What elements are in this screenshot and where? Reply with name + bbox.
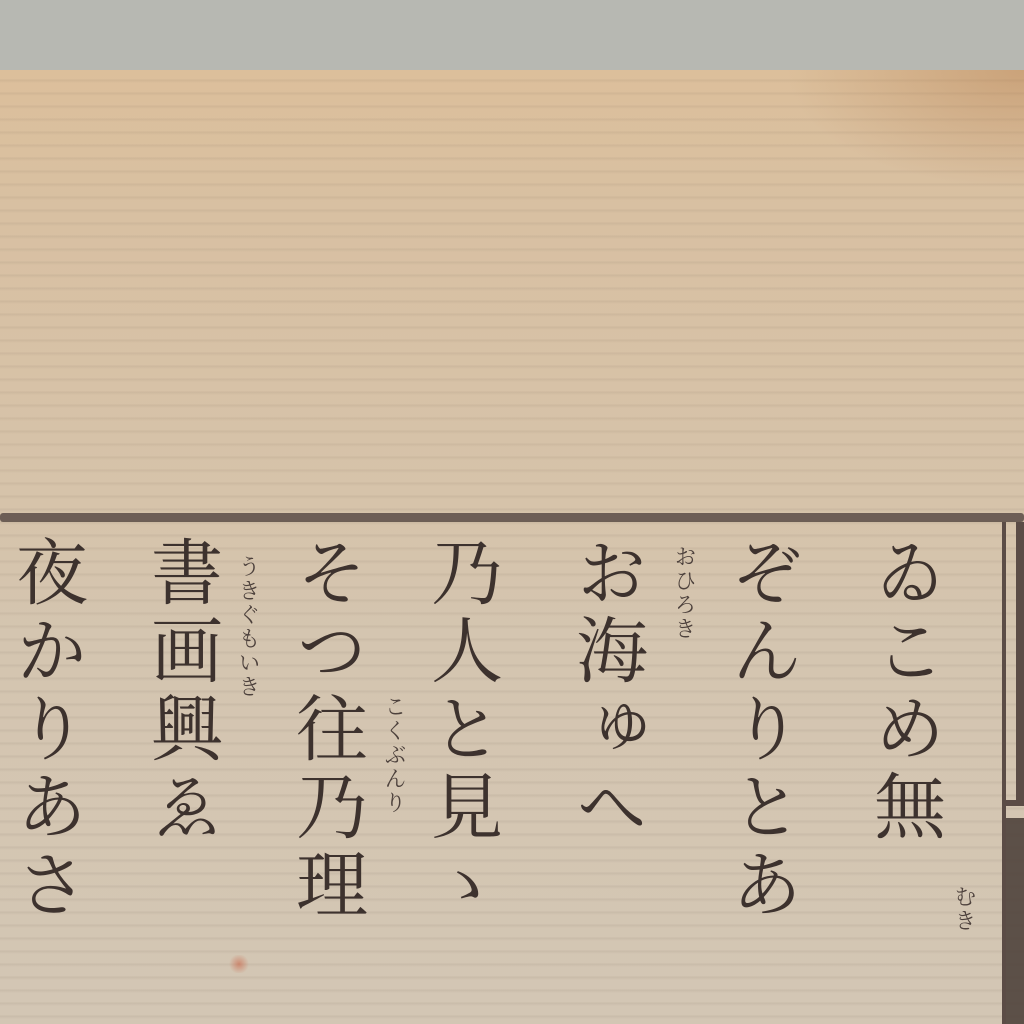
paper-stain — [228, 955, 250, 973]
page-frame-block — [1006, 818, 1024, 1024]
text-column-6: 書画興ゑ — [145, 535, 217, 847]
text-column-3: お海ゅへ — [570, 535, 642, 847]
text-column-5: そつ往乃理 — [290, 535, 362, 925]
furigana-column-6: うきぐもいき — [236, 555, 258, 699]
furigana-column-1: むき — [952, 885, 974, 933]
text-column-7: 夜かりあさ — [10, 535, 82, 925]
scan-backdrop — [0, 0, 1024, 72]
text-column-1: ゐこめ無 — [868, 535, 940, 847]
header-rule-line — [0, 513, 1024, 522]
page-frame-crossbar — [1002, 800, 1024, 806]
page-frame-inner-line — [1016, 522, 1024, 802]
text-column-4: 乃人と見ゝ — [425, 535, 497, 925]
text-column-2: ぞんりとあ — [725, 535, 797, 925]
furigana-column-4: こくぶんり — [382, 695, 404, 815]
furigana-column-3: おひろき — [672, 545, 694, 641]
